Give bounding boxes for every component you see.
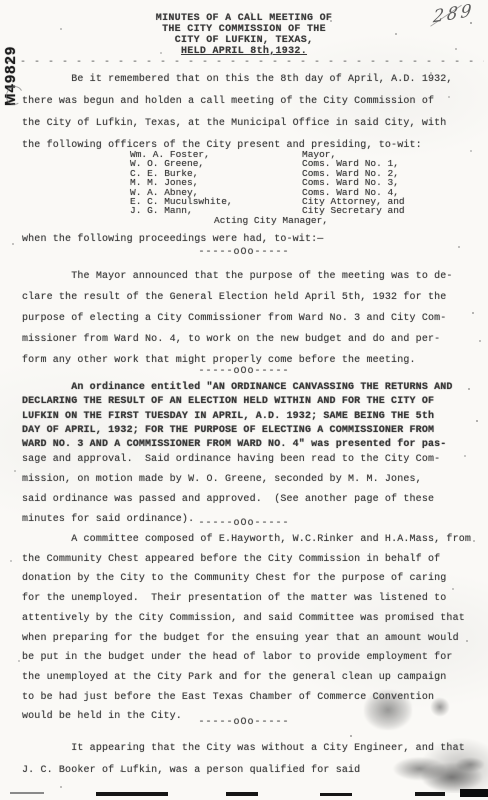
paragraph-proceedings: when the following proceedings were had,…: [22, 233, 472, 247]
scan-edge-mark: [320, 793, 352, 796]
paragraph-preamble: Be it remembered that on this the 8th da…: [22, 69, 472, 157]
scan-edge-mark: [460, 789, 488, 797]
ooo-separator: -----oOo-----: [0, 518, 488, 529]
paragraph-ordinance-title: An ordinance entitled "AN ORDINANCE CANV…: [22, 381, 472, 452]
ooo-separator: -----oOo-----: [0, 717, 488, 728]
title-line-3: CITY OF LUFKIN, TEXAS,: [0, 35, 488, 46]
scan-edge-mark: [415, 792, 445, 796]
officers-list: Wm. A. Foster, Mayor, W. O. Greene, Coms…: [130, 150, 405, 225]
paragraph-election-purpose: The Mayor announced that the purpose of …: [22, 266, 472, 371]
paragraph-community-chest: A committee composed of E.Hayworth, W.C.…: [22, 530, 472, 727]
scan-edge-mark: [10, 792, 44, 794]
title-line-2: THE CITY COMMISSION OF THE: [0, 24, 488, 35]
scan-noise-specks: [0, 0, 2, 2]
scan-edge-mark: [226, 792, 258, 796]
title-line-4: HELD APRIL 8th,1932.: [0, 46, 488, 57]
scan-edge-mark: [96, 792, 168, 796]
officer-list-footer: Acting City Manager,: [214, 216, 405, 225]
paragraph-city-engineer: It appearing that the City was without a…: [22, 738, 472, 782]
ooo-separator: -----oOo-----: [0, 366, 488, 377]
document-title: MINUTES OF A CALL MEETING OF THE CITY CO…: [0, 13, 488, 57]
ooo-separator: -----oOo-----: [0, 247, 488, 258]
dashed-rule: - - - - - - - - - - - - - - - - - - - - …: [6, 57, 484, 69]
title-line-1: MINUTES OF A CALL MEETING OF: [0, 13, 488, 24]
scanned-minutes-page: M49829 289 MINUTES OF A CALL MEETING OF …: [0, 0, 488, 800]
